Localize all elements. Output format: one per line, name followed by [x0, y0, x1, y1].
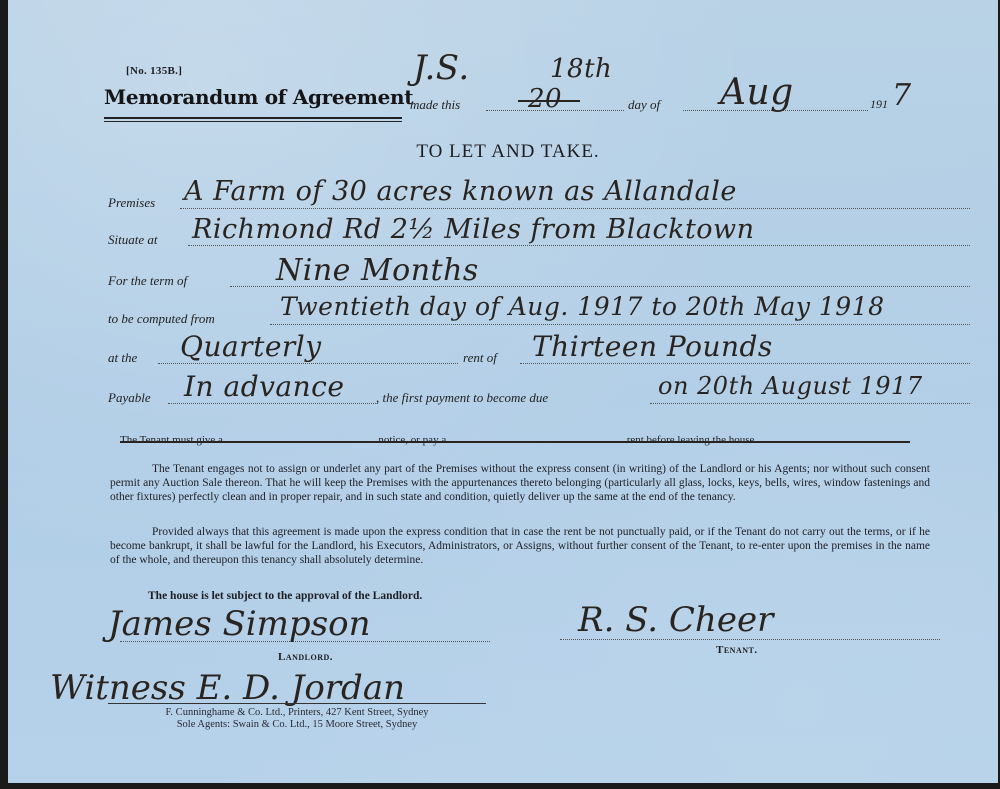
- printer-imprint: F. Cunninghame & Co. Ltd., Printers, 427…: [108, 707, 486, 731]
- heading-to-let-and-take: TO LET AND TAKE.: [8, 141, 1000, 163]
- struck-part-1: The Tenant must give a: [120, 434, 223, 446]
- day-value-handwritten: 18th: [550, 54, 612, 84]
- year-prefix: 191: [870, 97, 888, 112]
- initials-handwritten: J.S.: [413, 48, 470, 88]
- document-title: Memorandum of Agreement: [104, 85, 413, 109]
- struck-clause: The Tenant must give a notice, or pay a …: [120, 434, 910, 446]
- situate-value: Richmond Rd 2½ Miles from Blacktown: [192, 214, 755, 245]
- rent-of-label: rent of: [463, 350, 497, 366]
- term-label: For the term of: [108, 273, 187, 289]
- terms-paragraph-1: The Tenant engages not to assign or unde…: [110, 462, 930, 505]
- premises-value: A Farm of 30 acres known as Allandale: [184, 176, 737, 207]
- landlord-label: Landlord.: [278, 651, 333, 663]
- terms-paragraph-2: Provided always that this agreement is m…: [110, 525, 930, 568]
- situate-line: [188, 245, 970, 246]
- term-value: Nine Months: [276, 253, 479, 288]
- premises-line: [180, 208, 970, 209]
- year-suffix-handwritten: 7: [892, 78, 912, 113]
- payable-line: [168, 403, 378, 404]
- computed-from-value: Twentieth day of Aug. 1917 to 20th May 1…: [280, 292, 885, 321]
- landlord-signature: James Simpson: [108, 604, 371, 644]
- approval-note: The house is let subject to the approval…: [148, 590, 422, 602]
- rent-amount-line: [520, 363, 970, 364]
- witness-signature: Witness E. D. Jordan: [50, 668, 405, 708]
- at-the-label: at the: [108, 350, 137, 366]
- first-payment-value: on 20th August 1917: [658, 372, 923, 400]
- title-underline-thin: [104, 121, 402, 122]
- clause-strikethrough: [120, 441, 910, 443]
- first-payment-line: [650, 403, 970, 404]
- title-underline: [104, 117, 402, 119]
- premises-label: Premises: [108, 195, 155, 211]
- computed-from-line: [270, 324, 970, 325]
- month-handwritten: Aug: [720, 72, 794, 113]
- first-payment-label: , the first payment to become due: [376, 390, 548, 406]
- struck-part-3: rent before leaving the house.: [627, 434, 757, 446]
- day-strikethrough: [518, 100, 580, 102]
- made-this-label: made this: [410, 97, 460, 113]
- situate-label: Situate at: [108, 232, 157, 248]
- agreement-paper: [No. 135B.] Memorandum of Agreement made…: [8, 0, 998, 783]
- rent-period-value: Quarterly: [180, 330, 322, 363]
- struck-part-2: notice, or pay a: [378, 434, 446, 446]
- computed-from-label: to be computed from: [108, 311, 215, 327]
- rent-amount-value: Thirteen Pounds: [532, 330, 773, 363]
- tenant-signature: R. S. Cheer: [578, 600, 773, 640]
- payable-value: In advance: [184, 370, 344, 403]
- day-struck-value: 20: [528, 84, 562, 114]
- form-number: [No. 135B.]: [126, 65, 182, 77]
- rent-period-line: [158, 363, 458, 364]
- day-of-label: day of: [628, 97, 660, 113]
- witness-line: [108, 703, 486, 704]
- tenant-label: Tenant.: [716, 644, 758, 656]
- payable-label: Payable: [108, 390, 151, 406]
